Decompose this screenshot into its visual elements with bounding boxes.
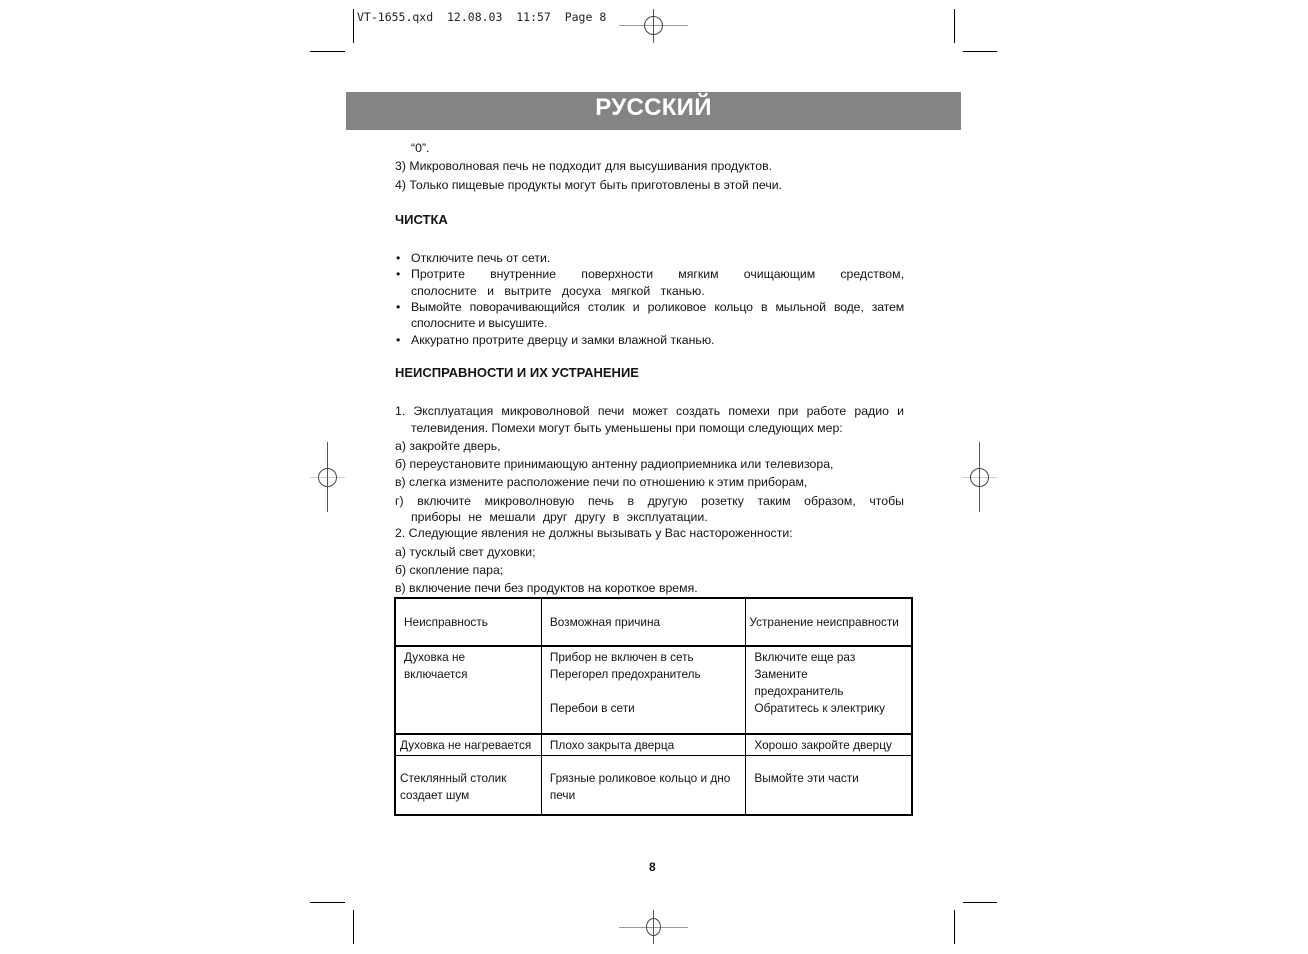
cleaning-list: Отключите печь от сети. Протрите внутрен…	[395, 250, 904, 348]
table-header-row: Неисправность Возможная причина Устранен…	[395, 598, 912, 646]
cell-line: Прибор не включен в сеть	[550, 649, 742, 666]
table-header-cell: Возможная причина	[541, 598, 746, 646]
cause-cell: Грязные роликовое кольцо и дно печи	[541, 756, 746, 816]
troubleshooting-paragraph: а) тусклый свет духовки;	[395, 544, 904, 560]
registration-mark-right-icon	[962, 442, 998, 512]
cleaning-bullet: Вымойте поворачивающийся столик и ролико…	[395, 299, 904, 332]
registration-mark-left-icon	[310, 442, 346, 512]
cell-line: Хорошо закройте дверцу	[754, 737, 907, 754]
troubleshooting-paragraph: а) закройте дверь,	[395, 438, 904, 454]
table-row: Духовка не включается Прибор не включен …	[395, 646, 912, 734]
cleaning-bullet: Протрите внутренние поверхности мягким о…	[395, 266, 904, 299]
crop-mark-bottom-left-vertical	[353, 910, 354, 944]
section-heading-troubleshooting: НЕИСПРАВНОСТИ И ИХ УСТРАНЕНИЕ	[395, 365, 904, 381]
cell-line: Грязные роликовое кольцо и дно	[550, 770, 742, 787]
problem-cell: Духовка не включается	[395, 646, 541, 734]
cell-line: Плохо закрыта дверца	[550, 737, 742, 754]
crop-mark-top-left-horizontal	[310, 51, 345, 52]
cell-line: Замените	[754, 666, 907, 683]
cleaning-bullet: Отключите печь от сети.	[395, 250, 904, 266]
crop-mark-bottom-left-horizontal	[310, 902, 345, 903]
print-slug: VT-1655.qxd 12.08.03 11:57 Page 8	[357, 10, 606, 24]
problem-cell: Духовка не нагревается	[395, 734, 541, 756]
cell-spacer	[550, 683, 742, 700]
cell-line: Вымойте эти части	[754, 770, 907, 787]
troubleshooting-paragraph: б) переустановите принимающую антенну ра…	[395, 456, 904, 472]
table-row: Духовка не нагревается Плохо закрыта две…	[395, 734, 912, 756]
cell-line: Перегорел предохранитель	[550, 666, 742, 683]
language-banner: РУССКИЙ	[346, 92, 961, 130]
continuation-text: “0”.	[395, 140, 904, 156]
cleaning-bullet: Аккуратно протрите дверцу и замки влажно…	[395, 332, 904, 348]
registration-mark-top-icon	[619, 9, 689, 43]
cause-cell: Прибор не включен в сеть Перегорел предо…	[541, 646, 746, 734]
table-row: Стеклянный столик создает шум Грязные ро…	[395, 756, 912, 816]
cell-line: Обратитесь к электрику	[754, 700, 907, 717]
cell-line: Стеклянный столик	[400, 770, 537, 787]
crop-mark-top-right-vertical	[954, 9, 955, 43]
cell-line: предохранитель	[754, 683, 907, 700]
troubleshooting-table: Неисправность Возможная причина Устранен…	[394, 597, 913, 816]
fix-cell: Вымойте эти части	[746, 756, 912, 816]
cell-line: Перебои в сети	[550, 700, 742, 717]
intro-item-4: 4) Только пищевые продукты могут быть пр…	[395, 177, 904, 193]
cell-line: включается	[404, 666, 537, 683]
troubleshooting-paragraph: 2. Следующие явления не должны вызывать …	[395, 525, 904, 541]
crop-mark-top-right-horizontal	[963, 51, 997, 52]
section-heading-cleaning: ЧИСТКА	[395, 212, 904, 228]
fix-cell: Включите еще раз Замените предохранитель…	[746, 646, 912, 734]
intro-item-3: 3) Микроволновая печь не подходит для вы…	[395, 158, 904, 174]
cause-cell: Плохо закрыта дверца	[541, 734, 746, 756]
cell-line: печи	[550, 787, 742, 804]
fix-cell: Хорошо закройте дверцу	[746, 734, 912, 756]
cell-line: создает шум	[400, 787, 537, 804]
crop-mark-bottom-right-vertical	[954, 910, 955, 944]
troubleshooting-paragraph: г) включите микроволновую печь в другую …	[395, 493, 904, 526]
cell-line: Духовка не	[404, 649, 537, 666]
cell-line: Духовка не нагревается	[400, 737, 537, 754]
registration-mark-bottom-icon	[619, 910, 689, 944]
table-header-cell: Неисправность	[395, 598, 541, 646]
crop-mark-top-left-vertical	[353, 9, 354, 43]
crop-mark-bottom-right-horizontal	[963, 902, 997, 903]
problem-cell: Стеклянный столик создает шум	[395, 756, 541, 816]
troubleshooting-paragraph: в) слегка измените расположение печи по …	[395, 474, 904, 490]
troubleshooting-paragraph: 1. Эксплуатация микроволновой печи может…	[395, 403, 904, 436]
page-number: 8	[649, 860, 656, 874]
troubleshooting-paragraph: б) скопление пара;	[395, 562, 904, 578]
page-content: “0”. 3) Микроволновая печь не подходит д…	[395, 140, 904, 597]
table-header-cell: Устранение неисправности	[746, 598, 912, 646]
troubleshooting-paragraph: в) включение печи без продуктов на корот…	[395, 580, 904, 596]
troubleshooting-paragraphs: 1. Эксплуатация микроволновой печи может…	[395, 403, 904, 596]
cell-line: Включите еще раз	[754, 649, 907, 666]
